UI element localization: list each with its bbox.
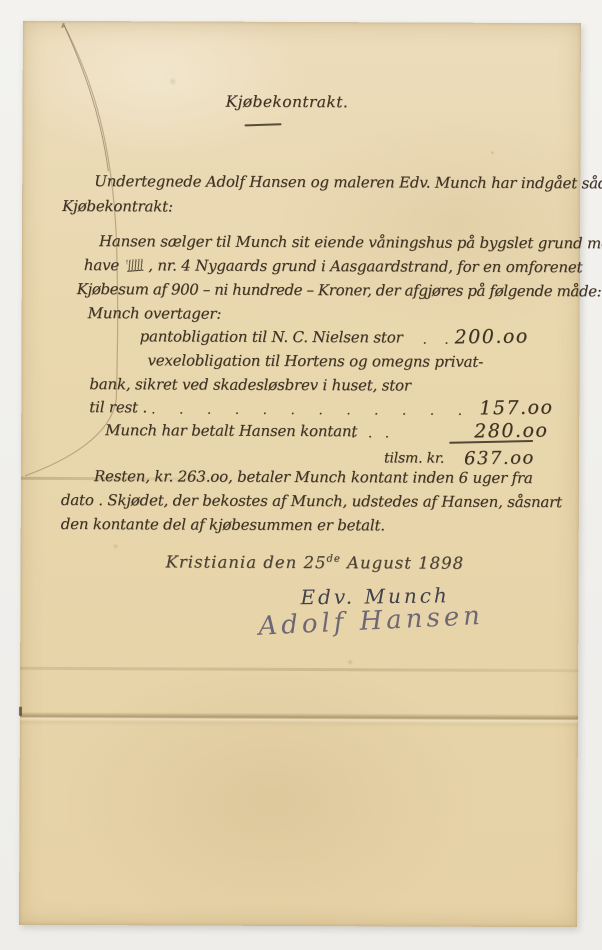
intro-line-2: Kjøbekontrakt:: [62, 197, 173, 215]
ledger-row-kontant: Munch har betalt Hansen kontant . . . 28…: [21, 421, 579, 423]
date-ordinal: de: [326, 554, 340, 565]
ledger-dots: . . . . . . . . . . . .: [151, 402, 462, 418]
closing-line-2: dato . Skjødet, der bekostes af Munch, u…: [61, 491, 562, 511]
ledger-total-row: tilsm. kr. 637.oo: [21, 449, 579, 451]
ledger-row-vexelobligation-2: bank, sikret ved skadesløsbrev i huset, …: [89, 375, 411, 394]
intro-line-1: Undertegnede Adolf Hansen og maleren Edv…: [94, 172, 602, 192]
terms-line-2: have , nr. 4 Nygaards grund i Aasgaardst…: [84, 256, 583, 276]
title-underline: [245, 123, 282, 126]
ledger-amount: 200.oo: [454, 325, 528, 348]
document-title: Kjøbekontrakt.: [226, 93, 349, 112]
ledger-dots: . .: [423, 333, 449, 348]
scribble-mark: [126, 259, 143, 272]
crease-middle: [20, 667, 578, 672]
total-amount: 637.oo: [464, 447, 535, 469]
ledger-amount: 157.oo: [479, 396, 553, 419]
terms-line-1: Hansen sælger til Munch sit eiende vånin…: [99, 232, 602, 252]
paper-speck: [19, 707, 22, 716]
terms-line-2-start: have: [84, 256, 124, 274]
photo-background: Kjøbekontrakt. Undertegnede Adolf Hansen…: [0, 0, 602, 950]
terms-line-2-end: , nr. 4 Nygaards grund i Aasgaardstrand,…: [144, 256, 583, 276]
sum-underline: [449, 440, 533, 444]
paper-speck: [61, 23, 65, 28]
ledger-dots: . . .: [351, 426, 389, 441]
ledger-label: til rest .: [89, 398, 147, 416]
fold-line: [20, 712, 578, 728]
ledger-row-vexelobligation-3: til rest . . . . . . . . . . . . . 157.o…: [21, 398, 579, 400]
date-prefix: Kristiania den 25: [166, 552, 327, 572]
ledger-label: pantobligation til N. C. Nielsen stor: [140, 327, 403, 346]
closing-line-3: den kontante del af kjøbesummen er betal…: [61, 515, 385, 534]
ledger-row-vexelobligation-1: vexelobligation til Hortens og omegns pr…: [147, 351, 483, 370]
signature-hansen: Adolf Hansen: [258, 601, 485, 642]
place-and-date: Kristiania den 25de August 1898: [166, 552, 465, 572]
ledger-heading: Munch overtager:: [88, 304, 222, 323]
total-label: tilsm. kr.: [384, 450, 444, 466]
terms-line-3: Kjøbesum af 900 – ni hundrede – Kroner, …: [77, 280, 602, 300]
closing-line-1: Resten, kr. 263.oo, betaler Munch kontan…: [94, 467, 533, 487]
ledger-row-pantobligation: pantobligation til N. C. Nielsen stor . …: [22, 327, 580, 329]
ledger-label: Munch har betalt Hansen kontant: [105, 421, 357, 440]
ledger-amount: 280.oo: [474, 419, 548, 442]
contract-document: Kjøbekontrakt. Undertegnede Adolf Hansen…: [19, 21, 581, 927]
date-suffix: August 1898: [341, 553, 464, 573]
